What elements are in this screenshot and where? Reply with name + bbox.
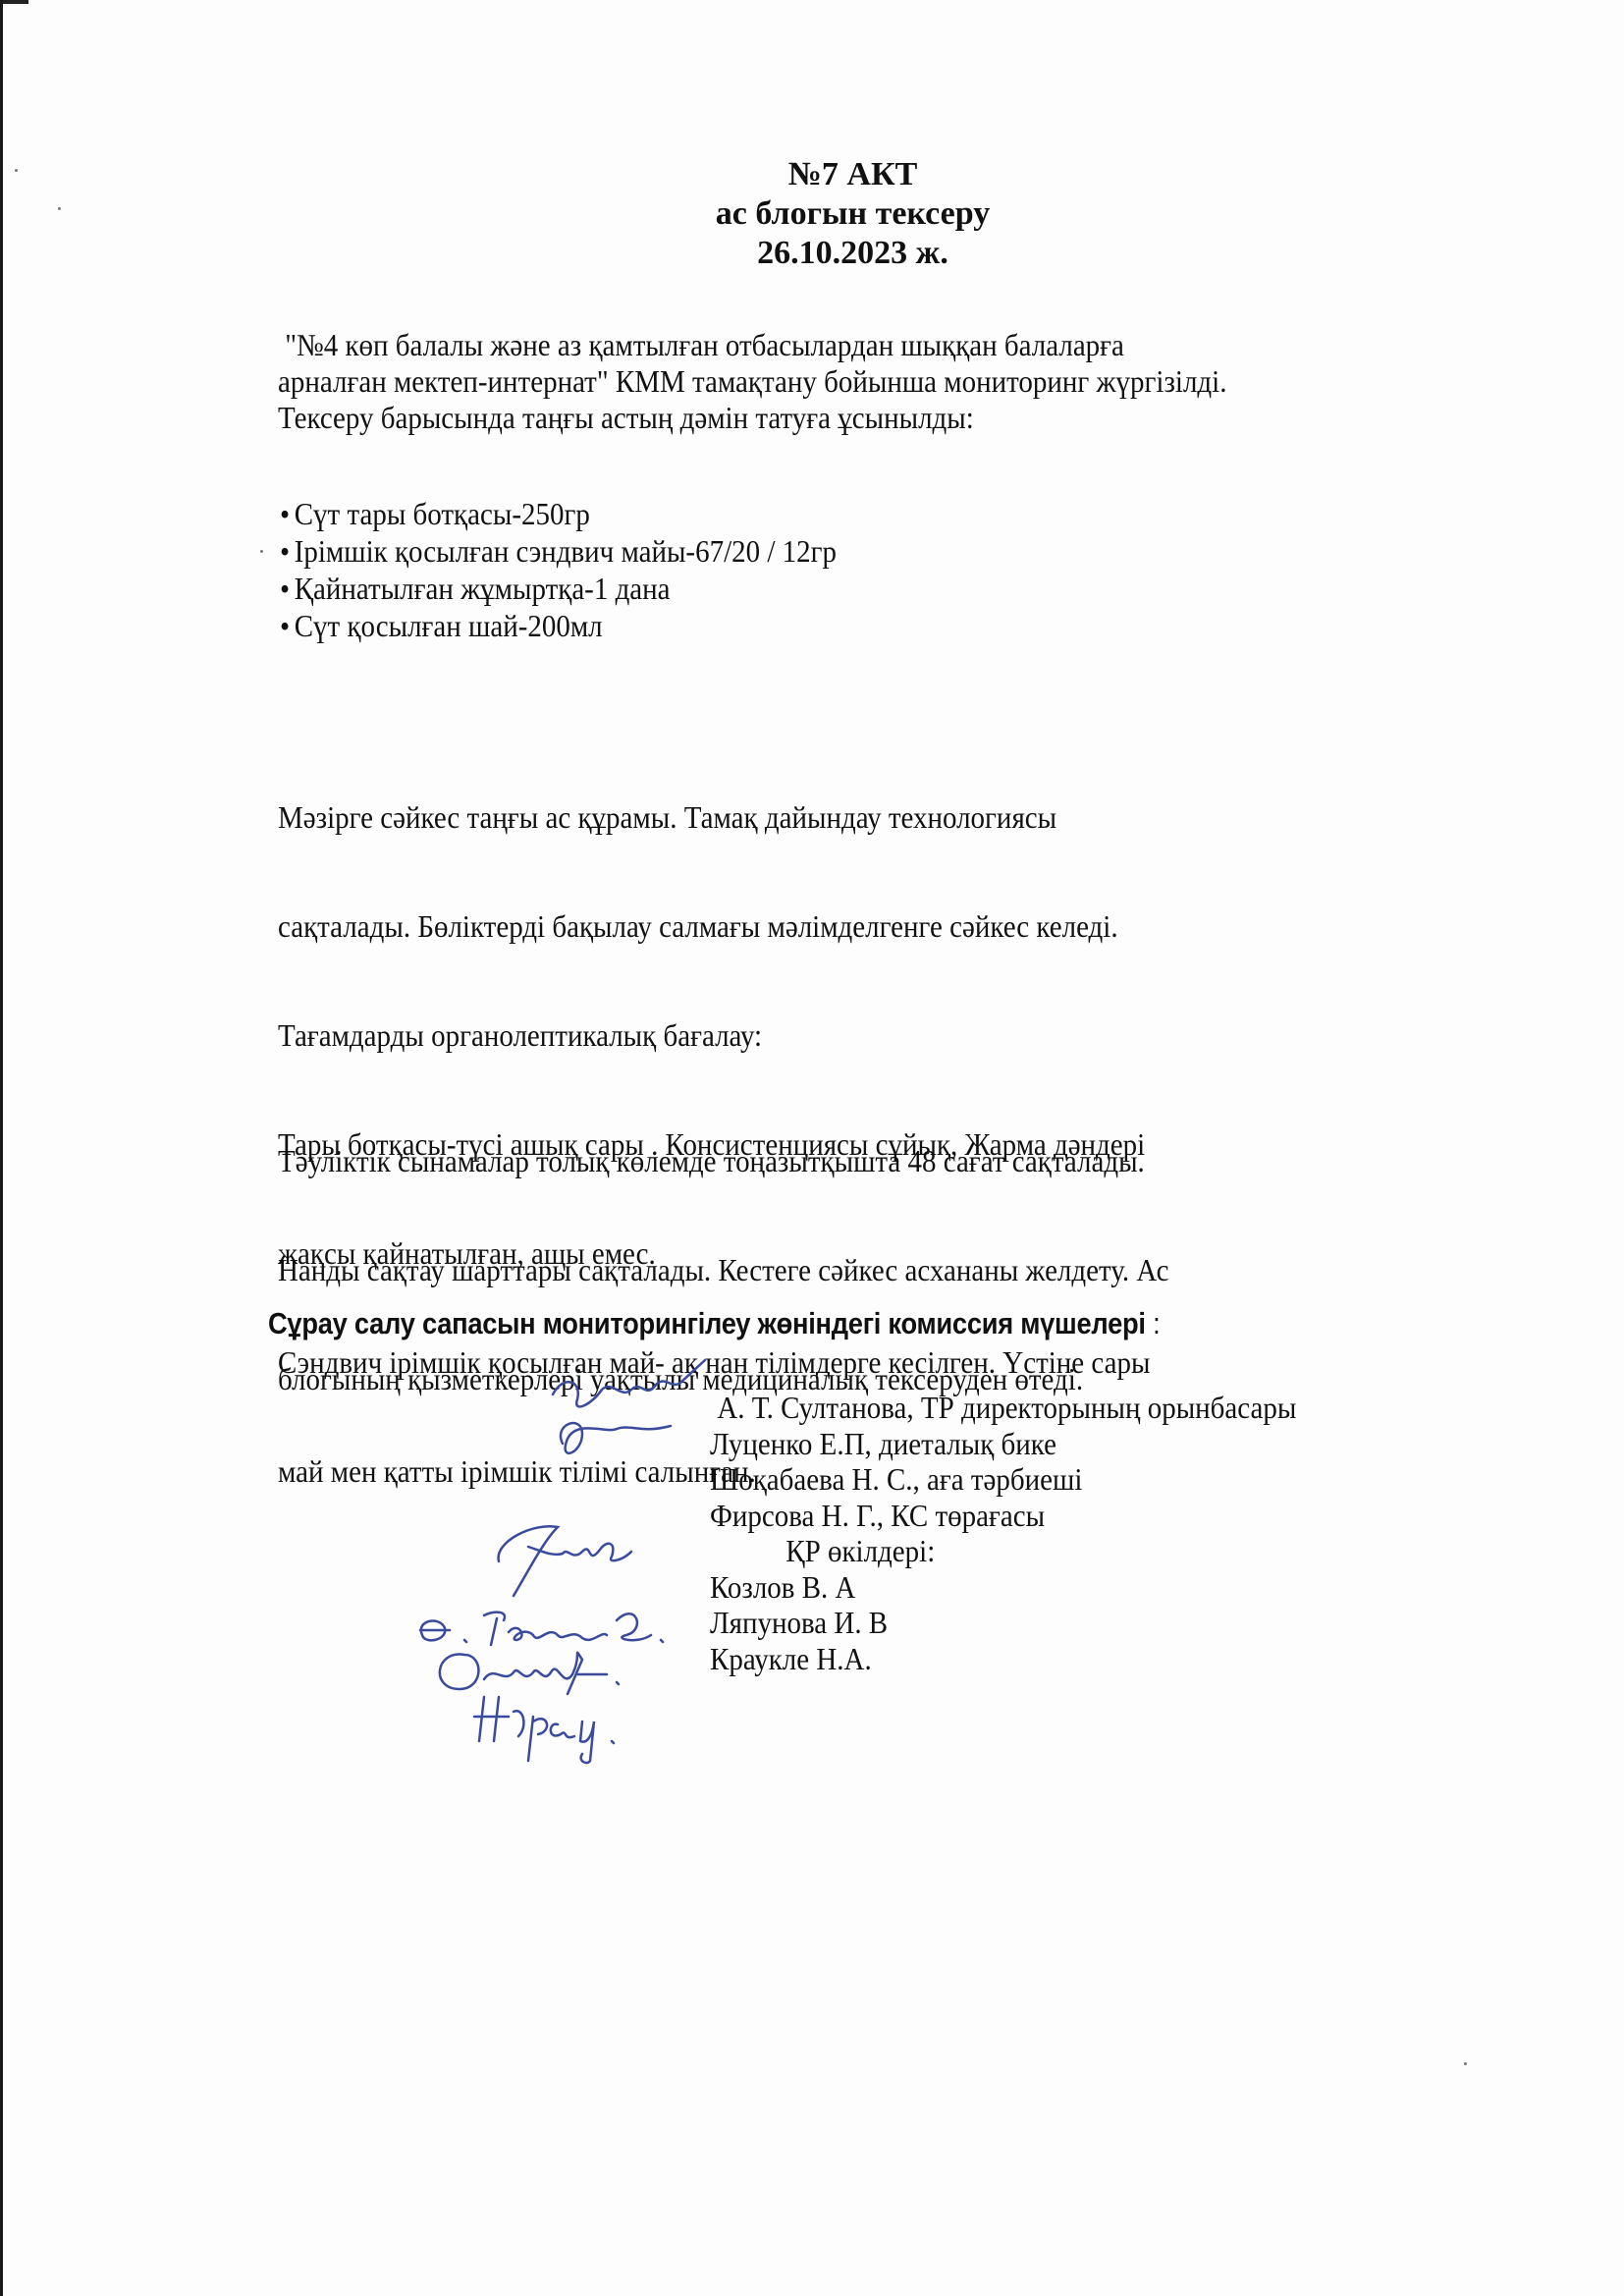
representative-line: Ляпунова И. В [710, 1606, 1296, 1642]
bullet-icon: • [280, 533, 295, 571]
scan-speck [624, 1326, 627, 1329]
storage-line: Нанды сақтау шарттары сақталады. Кестеге… [278, 1252, 1480, 1288]
signature-kraukle-icon [464, 1687, 651, 1766]
composition-line: Мәзірге сәйкес таңғы ас құрамы. Тамақ да… [278, 799, 1480, 836]
commission-title-text: Сұрау салу сапасын мониторингілеу жөнінд… [268, 1306, 1146, 1340]
member-line: Фирсова Н. Г., КС төрағасы [710, 1499, 1296, 1535]
representatives-label: ҚР өкілдері: [710, 1534, 1296, 1570]
act-subtitle: ас блогын тексеру [3, 194, 1624, 234]
menu-item: •Сүт қосылған шай-200мл [280, 608, 1482, 645]
menu-item-text: Ірімшік қосылған сэндвич майы-67/20 / 12… [295, 534, 837, 569]
commission-members-list: А. Т. Султанова, ТР директорының орынбас… [710, 1391, 1296, 1677]
member-line: Луценко Е.П, диеталық бике [710, 1427, 1296, 1463]
scan-speck [260, 550, 263, 553]
commission-heading: Сұрау салу сапасын мониторингілеу жөнінд… [268, 1306, 1160, 1341]
act-date: 26.10.2023 ж. [3, 234, 1624, 273]
document-header: №7 АКТ ас блогын тексеру 26.10.2023 ж. [3, 155, 1624, 273]
commission-title-colon: : [1146, 1306, 1161, 1340]
breakfast-menu-list: •Сүт тары ботқасы-250гр •Ірімшік қосылға… [280, 496, 1482, 645]
menu-item-text: Қайнатылған жұмыртқа-1 дана [295, 572, 671, 606]
menu-item-text: Сүт тары ботқасы-250гр [295, 497, 590, 531]
intro-line: "№4 көп балалы және аз қамтылған отбасыл… [278, 327, 1480, 363]
representative-line: Козлов В. А [710, 1570, 1296, 1607]
signature-sultanova-icon [523, 1355, 720, 1473]
menu-item: •Сүт тары ботқасы-250гр [280, 496, 1482, 533]
bullet-icon: • [280, 496, 295, 533]
menu-item-text: Сүт қосылған шай-200мл [295, 609, 603, 643]
scan-edge-mark [3, 0, 28, 4]
menu-item: •Ірімшік қосылған сэндвич майы-67/20 / 1… [280, 533, 1482, 571]
composition-line: сақталады. Бөліктерді бақылау салмағы мә… [278, 908, 1480, 945]
intro-paragraph: "№4 көп балалы және аз қамтылған отбасыл… [278, 327, 1480, 436]
bullet-icon: • [280, 571, 295, 608]
storage-line: Тәуліктік сынамалар толық көлемде тоңазы… [278, 1143, 1480, 1179]
representative-line: Краукле Н.А. [710, 1642, 1296, 1678]
scan-speck [15, 169, 18, 172]
member-line: А. Т. Султанова, ТР директорының орынбас… [710, 1391, 1296, 1427]
scan-speck [58, 207, 61, 210]
bullet-icon: • [280, 608, 295, 645]
composition-line: Тағамдарды органолептикалық бағалау: [278, 1017, 1480, 1054]
intro-line: Тексеру барысында таңғы астың дәмін тату… [278, 400, 1480, 436]
act-number: №7 АКТ [3, 155, 1624, 194]
member-line: Шоқабаева Н. С., аға тәрбиеші [710, 1462, 1296, 1499]
scanned-document-page: №7 АКТ ас блогын тексеру 26.10.2023 ж. "… [0, 0, 1624, 2296]
menu-item: •Қайнатылған жұмыртқа-1 дана [280, 571, 1482, 608]
scan-speck [1464, 2062, 1467, 2065]
intro-line: арналған мектеп-интернат" КММ тамақтану … [278, 363, 1480, 400]
